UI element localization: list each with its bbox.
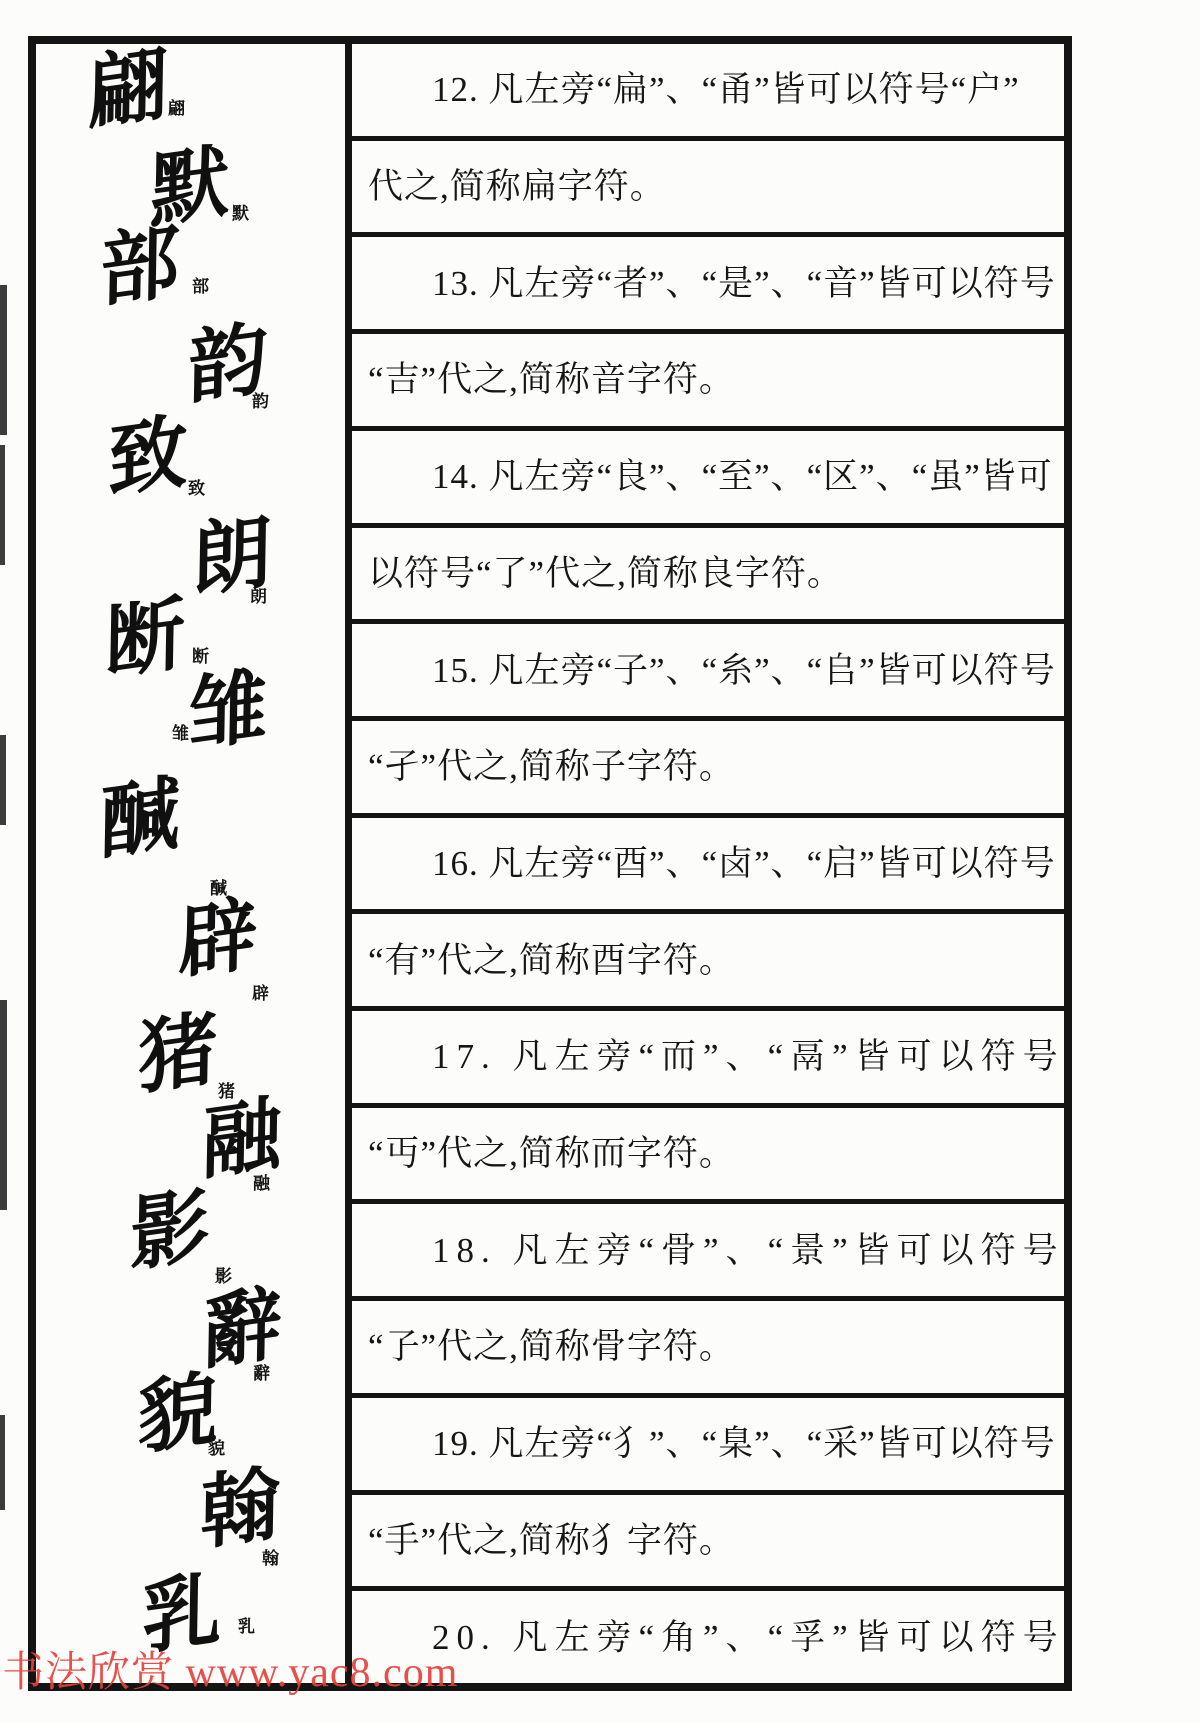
- rule-text: “手”代之,简称犭字符。: [368, 1523, 735, 1558]
- rule-text: “有”代之,简称酉字符。: [368, 943, 735, 978]
- rule-text: 13. 凡左旁“者”、“是”、“音”皆可以符号: [432, 266, 1056, 301]
- rule-row: 14. 凡左旁“良”、“至”、“区”、“虽”皆可: [352, 431, 1064, 528]
- rule-row: 17. 凡左旁“而”、“鬲”皆可以符号: [352, 1011, 1064, 1108]
- rule-text: 20. 凡左旁“角”、“孚”皆可以符号: [432, 1620, 1064, 1655]
- rules-table: 12. 凡左旁“扁”、“甬”皆可以符号“户”代之,简称扁字符。13. 凡左旁“者…: [352, 44, 1064, 1683]
- column-divider: [345, 44, 352, 1683]
- rule-row: 18. 凡左旁“骨”、“景”皆可以符号: [352, 1204, 1064, 1301]
- rule-row: 20. 凡左旁“角”、“孚”皆可以符号: [352, 1591, 1064, 1683]
- rule-text: 16. 凡左旁“酉”、“卤”、“启”皆可以符号: [432, 846, 1056, 881]
- rule-row: “手”代之,简称犭字符。: [352, 1495, 1064, 1592]
- rule-text: 代之,简称扁字符。: [368, 169, 666, 204]
- rule-text: 15. 凡左旁“子”、“糸”、“𠂤”皆可以符号: [432, 653, 1056, 688]
- rule-text: “孑”代之,简称子字符。: [368, 749, 735, 784]
- rule-row: 代之,简称扁字符。: [352, 141, 1064, 238]
- rule-text: 17. 凡左旁“而”、“鬲”皆可以符号: [432, 1039, 1064, 1074]
- rule-row: 15. 凡左旁“子”、“糸”、“𠂤”皆可以符号: [352, 624, 1064, 721]
- rule-row: “丏”代之,简称而字符。: [352, 1108, 1064, 1205]
- rule-row: “孑”代之,简称子字符。: [352, 721, 1064, 818]
- rule-text: 19. 凡左旁“犭”、“臬”、“采”皆可以符号: [432, 1426, 1056, 1461]
- rule-row: 13. 凡左旁“者”、“是”、“音”皆可以符号: [352, 237, 1064, 334]
- rule-text: “孒”代之,简称骨字符。: [368, 1329, 735, 1364]
- rule-text: 以符号“了”代之,简称良字符。: [368, 556, 843, 591]
- watermark: 书法欣赏 www.yac8.com: [2, 1652, 458, 1694]
- scan-smudge: [0, 1415, 5, 1510]
- rule-row: “有”代之,简称酉字符。: [352, 914, 1064, 1011]
- rule-text: 14. 凡左旁“良”、“至”、“区”、“虽”皆可: [432, 459, 1053, 494]
- rule-row: “吉”代之,简称音字符。: [352, 334, 1064, 431]
- rule-row: 12. 凡左旁“扁”、“甬”皆可以符号“户”: [352, 44, 1064, 141]
- rule-text: 12. 凡左旁“扁”、“甬”皆可以符号“户”: [432, 72, 1020, 107]
- scan-smudge: [0, 285, 7, 435]
- rule-row: 以符号“了”代之,简称良字符。: [352, 528, 1064, 625]
- rule-text: 18. 凡左旁“骨”、“景”皆可以符号: [432, 1233, 1064, 1268]
- rule-text: “丏”代之,简称而字符。: [368, 1136, 735, 1171]
- scan-smudge: [0, 445, 5, 565]
- rule-row: 16. 凡左旁“酉”、“卤”、“启”皆可以符号: [352, 818, 1064, 915]
- book-frame: 12. 凡左旁“扁”、“甬”皆可以符号“户”代之,简称扁字符。13. 凡左旁“者…: [28, 36, 1072, 1691]
- page: 12. 凡左旁“扁”、“甬”皆可以符号“户”代之,简称扁字符。13. 凡左旁“者…: [0, 0, 1200, 1723]
- rule-text: “吉”代之,简称音字符。: [368, 362, 735, 397]
- rule-row: 19. 凡左旁“犭”、“臬”、“采”皆可以符号: [352, 1398, 1064, 1495]
- scan-smudge: [0, 1000, 7, 1210]
- rule-row: “孒”代之,简称骨字符。: [352, 1301, 1064, 1398]
- scan-smudge: [0, 735, 6, 825]
